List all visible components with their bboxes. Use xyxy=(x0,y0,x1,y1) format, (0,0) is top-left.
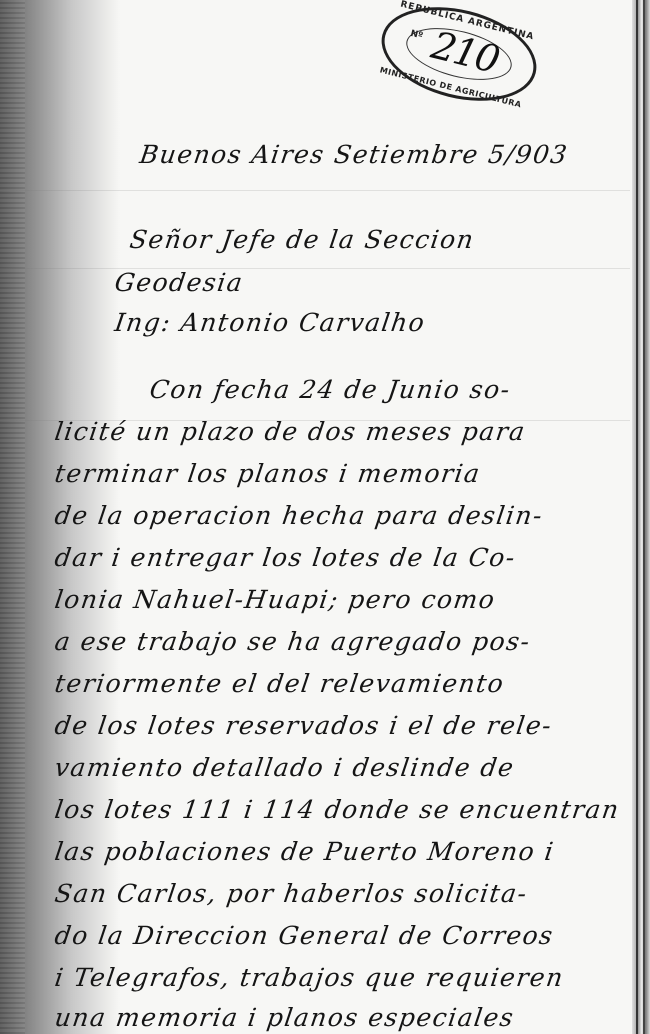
date-line: Buenos Aires Setiembre 5/903 xyxy=(138,140,570,169)
scanned-letter-page: REPUBLICA ARGENTINA Nº 210 MINISTERIO DE… xyxy=(0,0,650,1034)
body-line: los lotes 111 i 114 donde se encuentran xyxy=(53,795,622,824)
body-line: de la operacion hecha para deslin- xyxy=(53,501,545,530)
addressee-line: Geodesia xyxy=(113,268,245,297)
body-line: i Telegrafos, trabajos que requieren xyxy=(53,963,566,992)
body-line: de los lotes reservados i el de rele- xyxy=(53,711,554,740)
body-line: Con fecha 24 de Junio so- xyxy=(148,375,513,404)
body-line: licité un plazo de dos meses para xyxy=(53,417,528,446)
body-line: San Carlos, por haberlos solicita- xyxy=(53,879,530,908)
ministry-stamp: REPUBLICA ARGENTINA Nº 210 MINISTERIO DE… xyxy=(372,0,547,116)
ruled-line xyxy=(0,268,630,269)
addressee-line: Señor Jefe de la Seccion xyxy=(128,225,477,254)
ruled-line xyxy=(0,190,630,191)
body-line: a ese trabajo se ha agregado pos- xyxy=(53,627,533,656)
body-line: terminar los planos i memoria xyxy=(53,459,483,488)
body-line: una memoria i planos especiales xyxy=(53,1003,516,1032)
body-line: teriormente el del relevamiento xyxy=(53,669,506,698)
body-line: do la Direccion General de Correos xyxy=(53,921,556,950)
addressee-line: Ing: Antonio Carvalho xyxy=(113,308,427,337)
right-binding-edge xyxy=(632,0,650,1034)
body-line: dar i entregar los lotes de la Co- xyxy=(53,543,518,572)
body-line: lonia Nahuel-Huapi; pero como xyxy=(53,585,498,614)
body-line: vamiento detallado i deslinde de xyxy=(53,753,517,782)
body-line: las poblaciones de Puerto Moreno i xyxy=(53,837,556,866)
